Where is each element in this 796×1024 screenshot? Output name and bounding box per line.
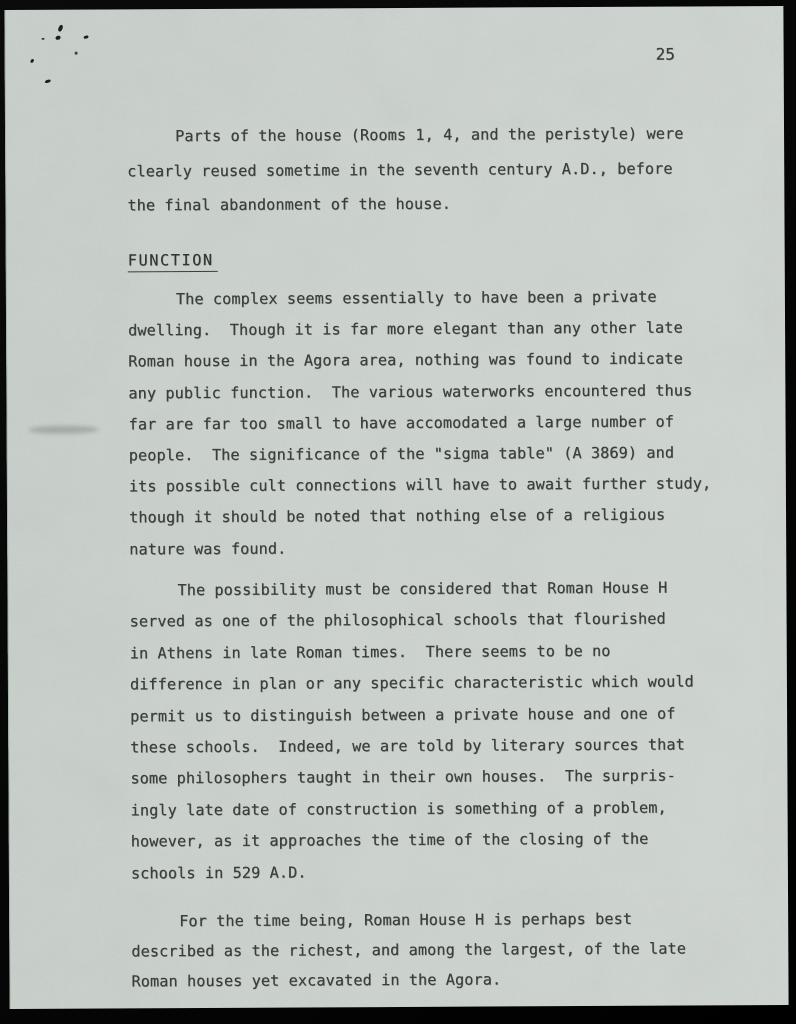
typed-line: clearly reused sometime in the seventh c…	[127, 151, 727, 189]
typed-line: The complex seems essentially to have be…	[128, 281, 728, 315]
typed-line: in Athens in late Roman times. There see…	[130, 635, 730, 670]
typed-line: people. The significance of the "sigma t…	[129, 437, 729, 471]
ink-speck	[45, 79, 52, 83]
typed-line: dwelling. Though it is far more elegant …	[128, 312, 728, 346]
paragraph-conclusion: For the time being, Roman House H is per…	[131, 903, 731, 996]
ink-speck	[58, 24, 64, 32]
typed-line: The possibility must be considered that …	[129, 572, 729, 607]
ink-speck	[30, 58, 34, 63]
typed-line: For the time being, Roman House H is per…	[131, 903, 731, 936]
typed-line: some philosophers taught in their own ho…	[130, 761, 730, 796]
paragraph-reuse: Parts of the house (Rooms 1, 4, and the …	[127, 116, 728, 223]
page-number: 25	[656, 45, 675, 65]
ink-speck	[83, 35, 88, 39]
typed-line: Parts of the house (Rooms 1, 4, and the …	[127, 116, 727, 154]
ink-speck	[56, 36, 61, 40]
section-heading-function: FUNCTION	[128, 250, 218, 272]
typed-line: these schools. Indeed, we are told by li…	[130, 729, 730, 764]
paragraph-private-dwelling: The complex seems essentially to have be…	[128, 281, 729, 565]
typed-line: Roman houses yet excavated in the Agora.	[131, 963, 731, 996]
typed-line: ingly late date of construction is somet…	[131, 792, 731, 827]
typed-line: however, as it approaches the time of th…	[131, 823, 731, 858]
ink-speck	[75, 52, 78, 55]
document-page: 25 Parts of the house (Rooms 1, 4, and t…	[4, 6, 788, 1009]
ink-speck	[42, 38, 45, 40]
typed-line: the final abandonment of the house.	[127, 185, 727, 223]
paragraph-philosophical-schools: The possibility must be considered that …	[129, 572, 731, 889]
typed-line: permit us to distinguish between a priva…	[130, 698, 730, 733]
typed-line: difference in plan or any specific chara…	[130, 666, 730, 701]
typed-line: served as one of the philosophical schoo…	[130, 604, 730, 639]
typed-line: any public function. The various waterwo…	[128, 375, 728, 409]
typed-line: far are far too small to have accomodate…	[128, 406, 728, 440]
typed-line: Roman house in the Agora area, nothing w…	[128, 344, 728, 378]
scan-frame: 25 Parts of the house (Rooms 1, 4, and t…	[0, 0, 796, 1024]
typed-line: described as the richest, and among the …	[131, 933, 731, 966]
typed-line: nature was found.	[129, 531, 729, 565]
smudge-mark	[29, 426, 99, 434]
typed-line: though it should be noted that nothing e…	[129, 500, 729, 534]
typed-line: schools in 529 A.D.	[131, 855, 731, 890]
typed-line: its possible cult connections will have …	[129, 468, 729, 502]
